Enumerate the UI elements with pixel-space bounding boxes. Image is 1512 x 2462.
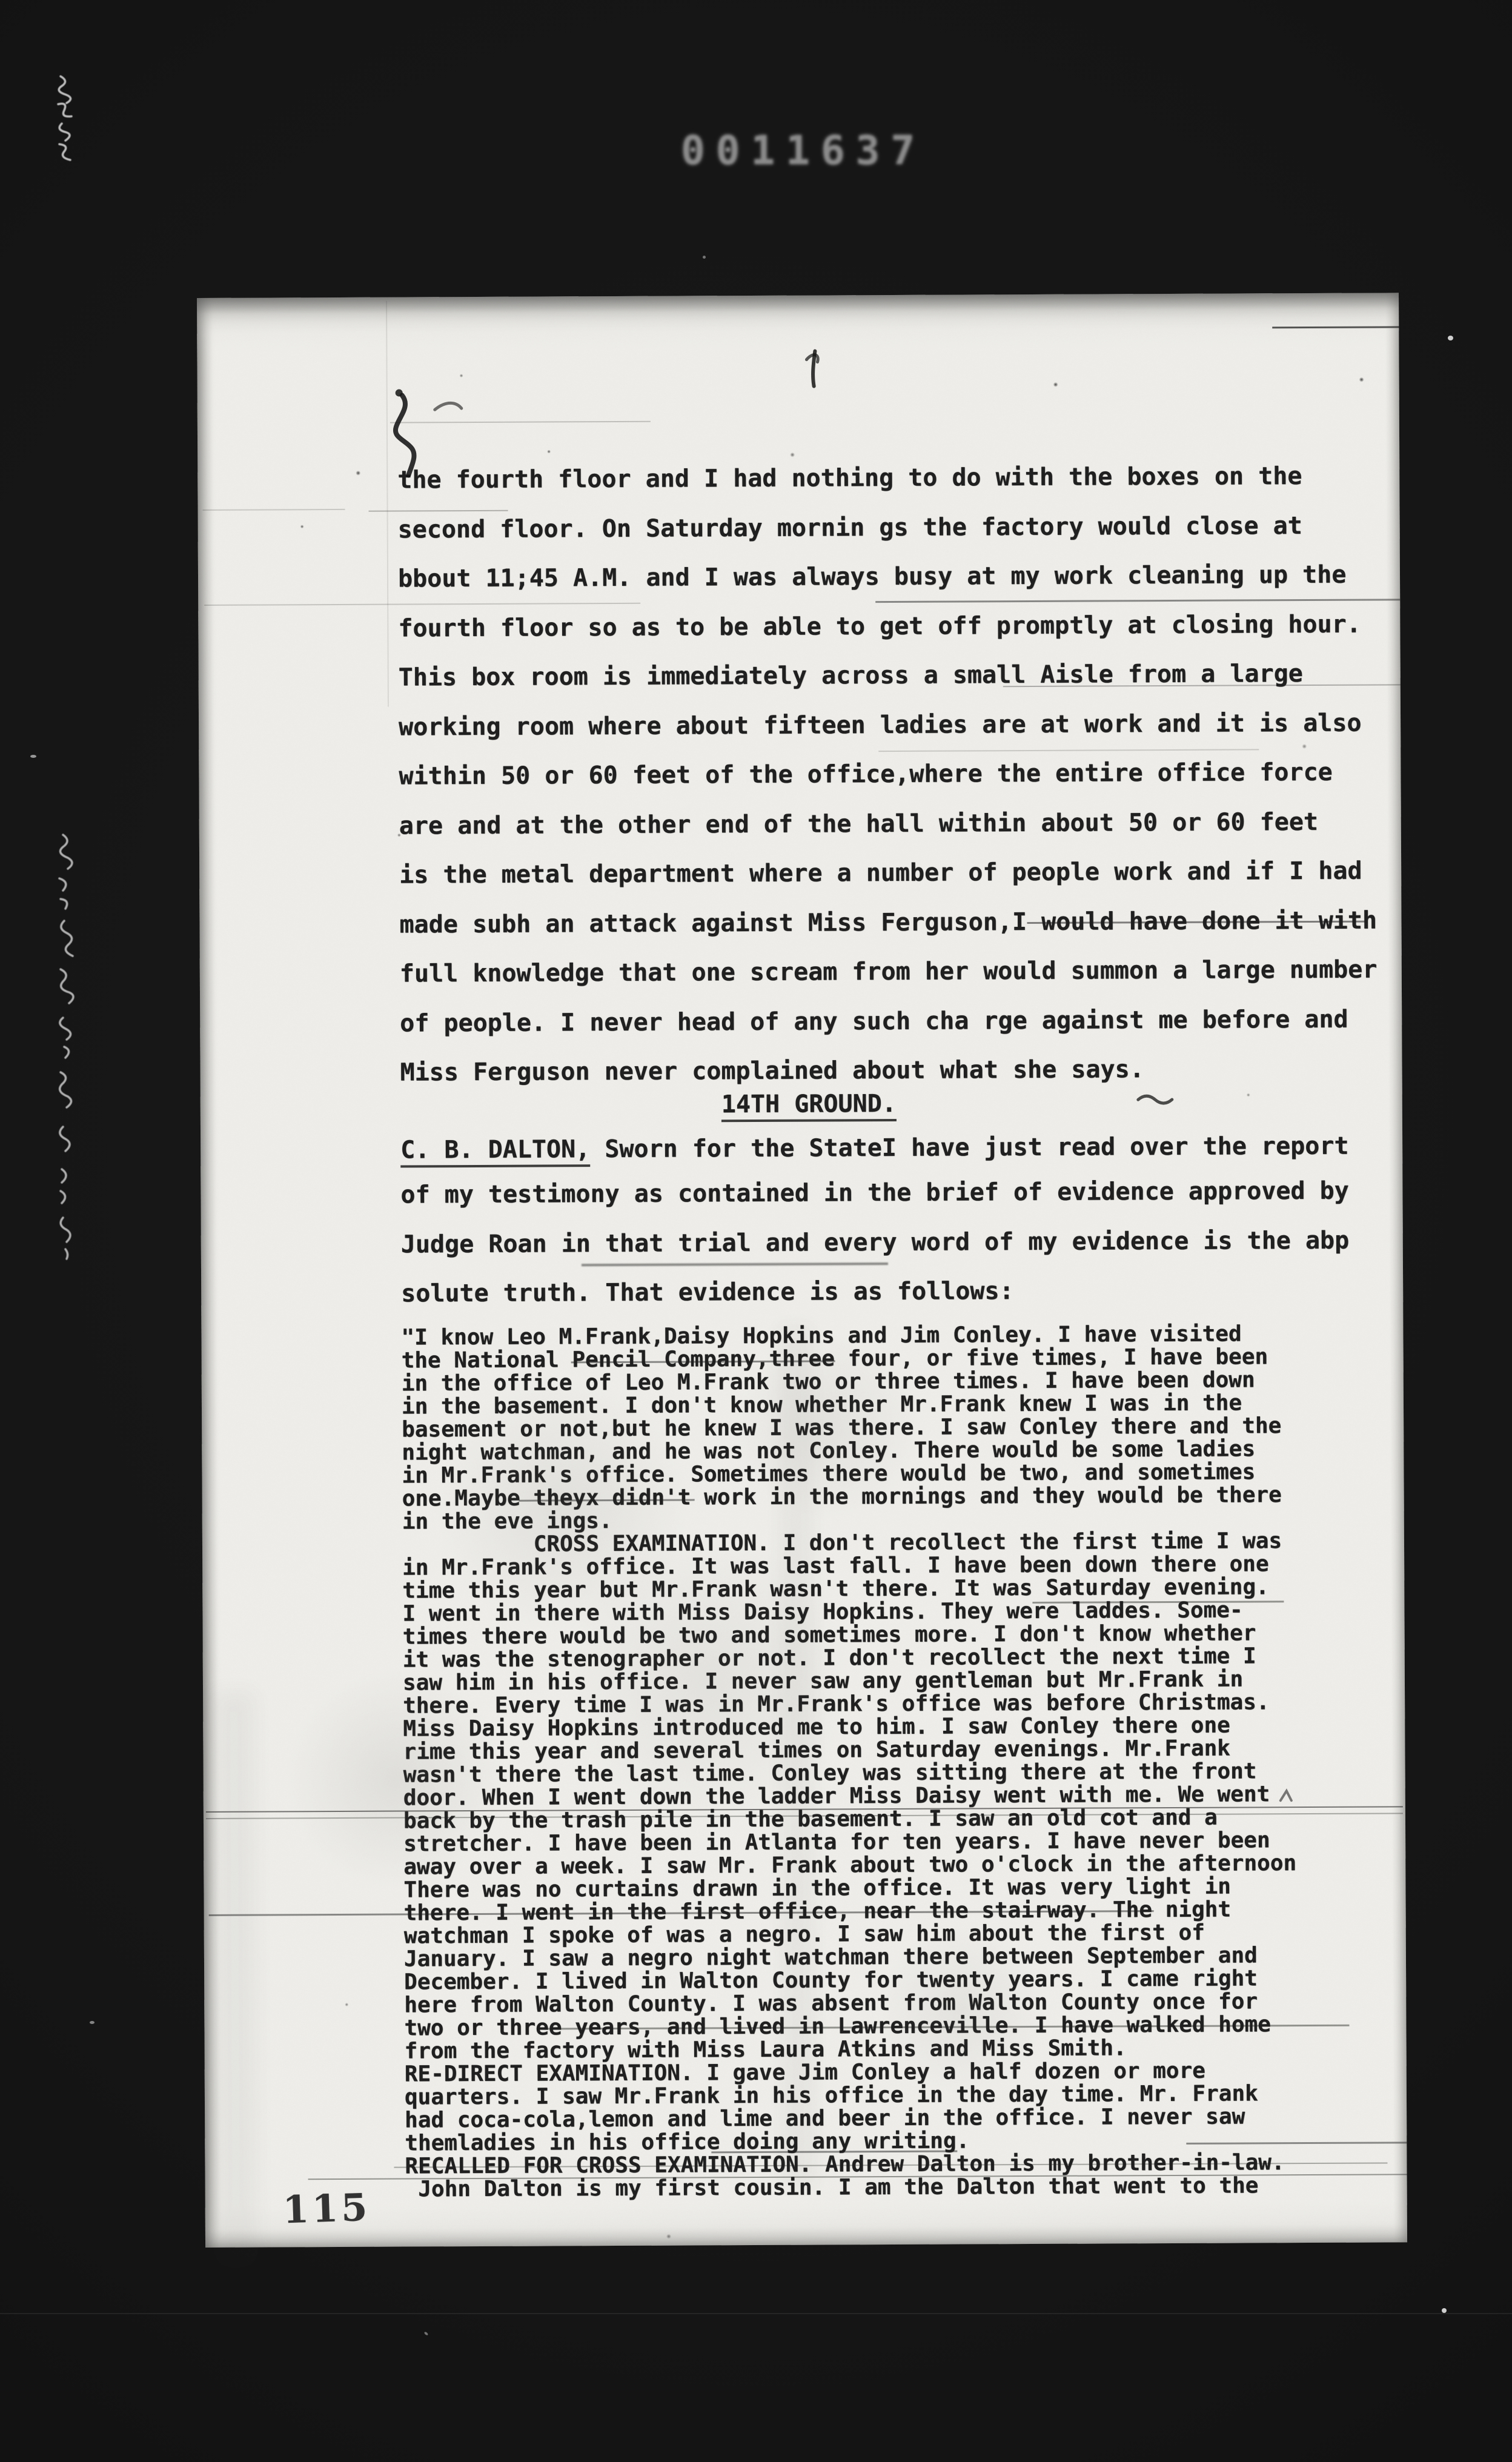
film-scratch-marks-top-icon	[47, 73, 90, 170]
film-scratch-marks-middle-icon	[47, 830, 90, 1290]
section-heading-label: 14TH GROUND.	[721, 1090, 897, 1122]
film-frame-divider-line	[0, 2313, 1512, 2314]
ink-paragraph-mark-icon	[813, 351, 815, 387]
testimony-body-dalton-evidence: "I know Leo M.Frank,Daisy Hopkins and Ji…	[401, 1322, 1298, 2201]
ink-hook-icon	[435, 403, 462, 410]
film-speck	[703, 256, 706, 259]
witness-line: C. B. DALTON, Sworn for the StateI have …	[400, 1133, 1349, 1164]
witness-name: C. B. DALTON,	[400, 1135, 590, 1167]
film-speck	[90, 2021, 94, 2024]
document-page: the fourth floor and I had nothing to do…	[197, 293, 1407, 2248]
testimony-paragraph-dalton-intro: of my testimony as contained in the brie…	[400, 1167, 1349, 1319]
section-heading: 14TH GROUND.	[721, 1090, 897, 1118]
page-number: 115	[282, 2185, 371, 2232]
film-speck	[1448, 336, 1453, 340]
film-speck	[30, 755, 36, 758]
ink-paragraph-mark-loop-icon	[806, 355, 818, 362]
microfilm-frame: 0011637	[0, 0, 1512, 2462]
film-frame-number-stamp: 0011637	[681, 127, 926, 174]
witness-line-rest: Sworn for the StateI have just read over…	[590, 1132, 1348, 1163]
ink-tilde-icon	[1138, 1096, 1172, 1103]
scan-line-artifacts	[197, 293, 1399, 298]
film-speck	[424, 2331, 429, 2336]
testimony-paragraph-frank-statement: the fourth floor and I had nothing to do…	[397, 452, 1378, 1098]
film-speck	[1442, 2308, 1447, 2313]
